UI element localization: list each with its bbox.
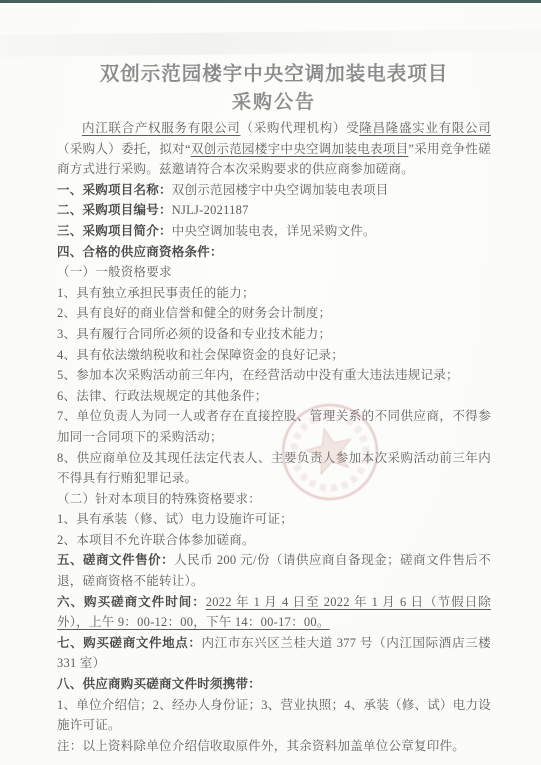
text-segment: 3、具有履行合同所必须的设备和专业技术能力； [57,327,331,341]
text-segment: 6、法律、行政法规规定的其他条件； [57,389,268,403]
text-segment: 7、单位负责人为同一人或者存在直接控股、管理关系的不同供应商，不得参加同一合同项… [57,409,491,444]
doc-paragraph: 二、采购项目编号：NJLJ-2021187 [57,200,491,221]
text-segment: （一）一般资格要求 [57,265,172,279]
doc-paragraph: 6、法律、行政法规规定的其他条件； [57,386,491,407]
text-segment: 隆昌隆盛实业有限公司 [359,121,491,135]
text-segment: 七、购买磋商文件地点： [57,636,202,650]
doc-paragraph: 三、采购项目简介：中央空调加装电表，详见采购文件。 [57,221,491,242]
doc-paragraph: 一、采购项目名称：双创示范园楼宇中央空调加装电表项目 [57,180,491,201]
doc-title-line1: 双创示范园楼宇中央空调加装电表项目 [57,60,491,90]
doc-title-line2: 采购公告 [57,90,491,115]
doc-paragraph: 2、具有良好的商业信誉和健全的财务会计制度； [57,303,491,324]
doc-body: 内江联合产权服务有限公司（采购代理机构）受隆昌隆盛实业有限公司（采购人）委托，拟… [57,118,491,756]
doc-paragraph: 五、磋商文件售价：人民币 200 元/份（请供应商自备现金；磋商文件售后不退，磋… [57,550,491,591]
text-segment: 中央空调加装电表，详见采购文件。 [172,224,376,238]
doc-paragraph: 5、参加本次采购活动前三年内，在经营活动中没有重大违法违规记录； [57,365,491,386]
doc-paragraph: 4、具有依法缴纳税收和社会保障资金的良好记录； [57,345,491,366]
doc-paragraph: 7、单位负责人为同一人或者存在直接控股、管理关系的不同供应商，不得参加同一合同项… [57,406,491,447]
doc-paragraph: 注：以上资料除单位介绍信收取原件外，其余资料加盖单位公章复印件。 [57,736,491,757]
doc-paragraph: 1、具有承装（修、试）电力设施许可证； [57,509,491,530]
scanned-document-page: 双创示范园楼宇中央空调加装电表项目 采购公告 内江联合产权服务有限公司（采购代理… [57,60,491,756]
text-segment: 双创示范园楼宇中央空调加装电表项目 [191,142,409,156]
text-segment: 1、具有独立承担民事责任的能力； [57,286,255,300]
text-segment: 双创示范园楼宇中央空调加装电表项目 [172,183,389,197]
text-segment: 注：以上资料除单位介绍信收取原件外，其余资料加盖单位公章复印件。 [57,739,465,753]
doc-paragraph: 六、购买磋商文件时间：2022 年 1 月 4 日至 2022 年 1 月 6 … [57,592,491,633]
doc-paragraph: 8、供应商单位及其现任法定代表人、主要负责人参加本次采购活动前三年内不得具有行贿… [57,448,491,489]
text-segment: 五、磋商文件售价： [57,553,174,567]
text-segment: （二）针对本项目的特殊资格要求： [57,492,261,506]
text-segment: 1、具有承装（修、试）电力设施许可证； [57,512,293,526]
text-segment: 内江联合产权服务有限公司 [82,121,240,135]
doc-paragraph: 3、具有履行合同所必须的设备和专业技术能力； [57,324,491,345]
doc-paragraph: 1、单位介绍信；2、经办人身份证；3、营业执照；4、承装（修、试）电力设施许可证… [57,695,491,736]
text-segment: 八、供应商购买磋商文件时须携带： [57,677,261,691]
text-segment: 2、本项目不允许联合体参加磋商。 [57,533,255,547]
text-segment: 2、具有良好的商业信誉和健全的财务会计制度； [57,306,331,320]
text-segment: NJLJ-2021187 [172,203,249,217]
text-segment: 8、供应商单位及其现任法定代表人、主要负责人参加本次采购活动前三年内不得具有行贿… [57,451,491,486]
doc-paragraph: 八、供应商购买磋商文件时须携带： [57,674,491,695]
doc-paragraph: 四、合格的供应商资格条件： [57,242,491,263]
doc-paragraph: 2、本项目不允许联合体参加磋商。 [57,530,491,551]
doc-paragraph: 内江联合产权服务有限公司（采购代理机构）受隆昌隆盛实业有限公司（采购人）委托，拟… [57,118,491,180]
text-segment: 三、采购项目简介： [57,224,172,238]
text-segment: 1、单位介绍信；2、经办人身份证；3、营业执照；4、承装（修、试）电力设施许可证… [57,698,491,733]
scan-artifact-band [0,29,541,57]
scan-top-edge [0,0,541,3]
text-segment: 四、合格的供应商资格条件： [57,245,223,259]
doc-paragraph: 1、具有独立承担民事责任的能力； [57,283,491,304]
text-segment: 二、采购项目编号： [57,203,172,217]
doc-paragraph: （二）针对本项目的特殊资格要求： [57,489,491,510]
text-segment: 一、采购项目名称： [57,183,172,197]
text-segment: （采购代理机构）受 [240,121,359,135]
text-segment: 六、购买磋商文件时间： [57,595,206,609]
text-segment: （采购人）委托，拟对“ [57,142,191,156]
text-segment: 5、参加本次采购活动前三年内，在经营活动中没有重大违法违规记录； [57,368,459,382]
text-segment: 4、具有依法缴纳税收和社会保障资金的良好记录； [57,348,344,362]
doc-paragraph: （一）一般资格要求 [57,262,491,283]
doc-paragraph: 七、购买磋商文件地点：内江市东兴区兰桂大道 377 号（内江国际酒店三楼 331… [57,633,491,674]
